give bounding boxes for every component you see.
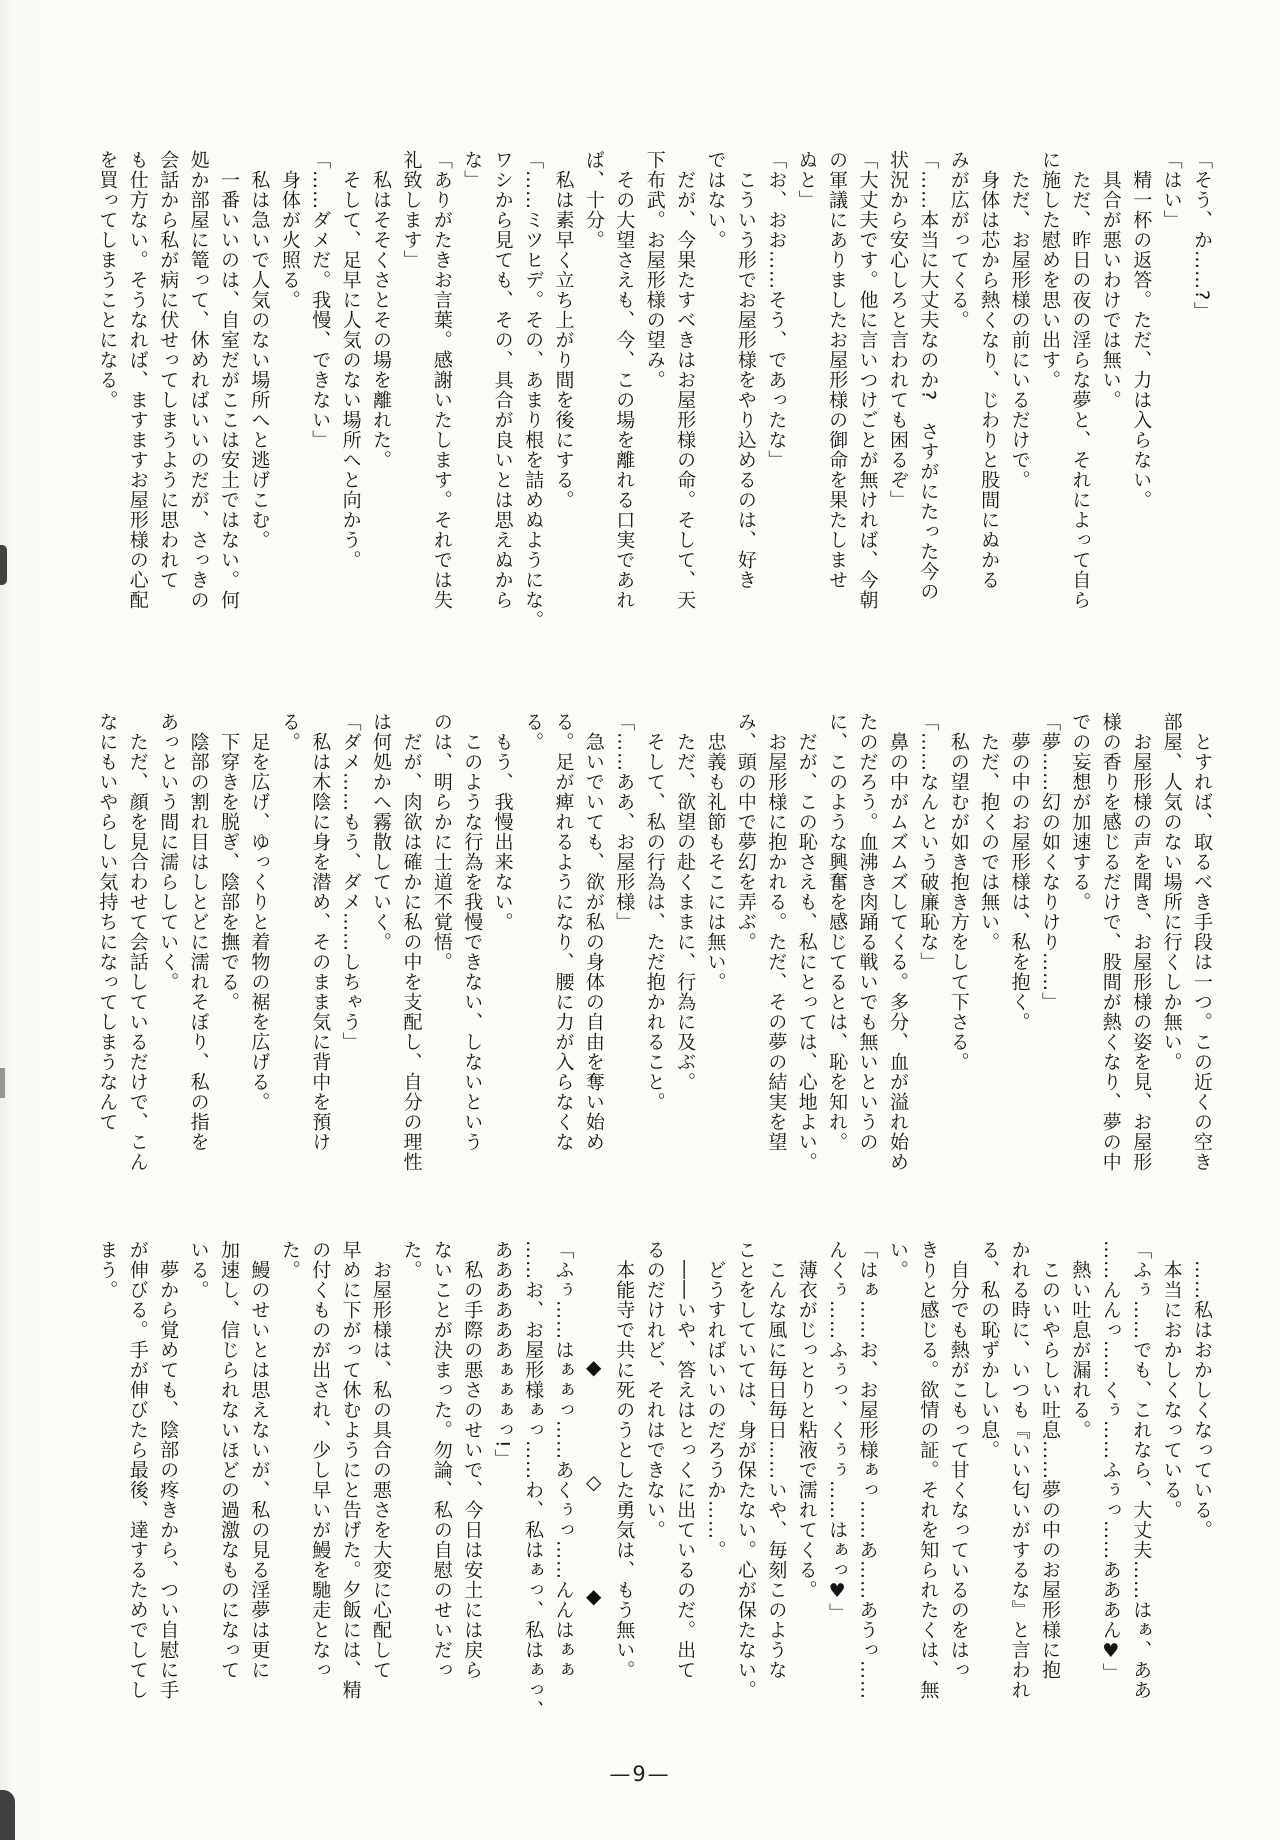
text-column: なにもいやらしい気持ちになってしまうなんて [92, 712, 122, 1190]
text-column: そして、私の行為は、ただ抱かれること。 [639, 712, 669, 1190]
text-column: ただ、欲望の赴くままに、行為に及ぶ。 [670, 712, 700, 1190]
text-column: の付くものが出され、少し早いが鰻を馳走となっ [305, 1240, 335, 1724]
text-column: た。 [396, 1240, 426, 1724]
text-column: を買ってしまうことになる。 [92, 150, 122, 670]
text-column: ワシから見ても、その、具合が良いとは思えぬから [487, 150, 517, 670]
text-column: 「ふぅ……でも、これなら、大丈夫……はぁ、ああ [1126, 1240, 1156, 1724]
text-column: る。 [518, 712, 548, 1190]
text-column: かれる時に、いつも『いい匂いがするな』と言われ [1004, 1240, 1034, 1724]
text-column: 私の望むが如き抱き方をして下さる。 [943, 712, 973, 1190]
text-column: み、頭の中で夢幻を弄ぶ。 [731, 712, 761, 1190]
scanned-novel-page: { "page_number": "—9—", "diamond_symbols… [0, 0, 1280, 1840]
text-column: 会話から私が病に伏せってしまうように思われて [153, 150, 183, 670]
text-column: 部屋、人気のない場所に行くしか無い。 [1156, 712, 1186, 1190]
text-column: 精一杯の返答。ただ、力は入らない。 [1126, 150, 1156, 670]
text-column: たのだろう。血沸き肉踊る戦いでも無いというの [852, 712, 882, 1190]
text-column: あっという間に濡らしていく。 [153, 712, 183, 1190]
text-column: 陰部の割れ目はしとどに濡れそぼり、私の指を [183, 712, 213, 1190]
text-column: な」 [457, 150, 487, 670]
text-column: だが、この恥さえも、私にとっては、心地よい。 [791, 712, 821, 1190]
text-column: も仕方ない。そうなれば、ますますお屋形様の心配 [122, 150, 152, 670]
text-column: での妄想が加速する。 [1065, 712, 1095, 1190]
text-column: だが、今果たすべきはお屋形様の命。そして、天 [670, 150, 700, 670]
text-column: る。足が痺れるようになり、腰に力が入らなくな [548, 712, 578, 1190]
text-column: 礼致します」 [396, 150, 426, 670]
diamond-icon: ◆ [586, 1352, 601, 1382]
text-column: 薄衣がじっとりと粘液で濡れてくる。 [791, 1240, 821, 1724]
scan-artifact [0, 1068, 5, 1098]
text-column: 夢から覚めても、陰部の疼きから、つい自慰に手 [153, 1240, 183, 1724]
text-column: だが、肉欲は確かに私の中を支配し、自分の理性 [396, 712, 426, 1190]
text-column: ぬと」 [791, 150, 821, 670]
text-block-middle: とすれば、取るべき手段は一つ。この近くの空き部屋、人気のない場所に行くしか無い。… [92, 712, 1217, 1190]
text-column: このような行為を我慢できない、しないという [457, 712, 487, 1190]
text-column: ……んんっ……くぅ……ふぅっ……あああん♥」 [1095, 1240, 1125, 1724]
text-column: ないことが決まった。勿論、私の自慰のせいだっ [426, 1240, 456, 1724]
text-column: 身体が火照る。 [274, 150, 304, 670]
text-column: が伸びる。手が伸びたら最後、達するためでしてし [122, 1240, 152, 1724]
text-column: 様の香りを感じるだけで、股間が熱くなり、夢の中 [1095, 712, 1125, 1190]
text-column: 「……ミツヒデ。その、あまり根を詰めぬようにな。 [518, 150, 548, 670]
text-column: ……私はおかしくなっている。 [1187, 1240, 1217, 1724]
text-column: の軍議にありましたお屋形様の御命を果たしませ [822, 150, 852, 670]
text-column: 一番いいのは、自室だがここは安土ではない。何 [214, 150, 244, 670]
text-column: このいやらしい吐息……夢の中のお屋形様に抱 [1035, 1240, 1065, 1724]
text-column: 「お、おお……そう、であったな」 [761, 150, 791, 670]
text-column: 身体は芯から熱くなり、じわりと股間にぬかる [974, 150, 1004, 670]
text-column: 私はそそくさとその場を離れた。 [366, 150, 396, 670]
text-column: 鼻の中がムズムズしてくる。多分、血が溢れ始め [883, 712, 913, 1190]
text-column: 私は急いで人気のない場所へと逃げこむ。 [244, 150, 274, 670]
text-column: もう、我慢出来ない。 [487, 712, 517, 1190]
text-column: お屋形様の声を聞き、お屋形様の姿を見、お屋形 [1126, 712, 1156, 1190]
text-column: に施した慰めを思い出す。 [1035, 150, 1065, 670]
text-column: るのだけれど、それはできない。 [639, 1240, 669, 1724]
text-column: のは、明らかに士道不覚悟。 [426, 712, 456, 1190]
text-column: 足を広げ、ゆっくりと着物の裾を広げる。 [244, 712, 274, 1190]
text-column: みが広がってくる。 [943, 150, 973, 670]
text-column: は何処かへ霧散していく。 [366, 712, 396, 1190]
text-column: 忠義も礼節もそこには無い。 [700, 712, 730, 1190]
text-column: 加速し、信じられないほどの過激なものになって [214, 1240, 244, 1724]
text-column: る。 [274, 712, 304, 1190]
text-column: お屋形様は、私の具合の悪さを大変に心配して [366, 1240, 396, 1724]
text-column: ああああああぁぁぁっ!」 [487, 1240, 517, 1724]
text-column: 「はい」 [1156, 150, 1186, 670]
text-column: 「はぁ……お、お屋形様ぁっ……あ……あうっ…… [852, 1240, 882, 1724]
text-column: 「そう、か……?」 [1187, 150, 1217, 670]
diamond-icon: ◆ [586, 1581, 601, 1611]
text-column: ただ、お屋形様の前にいるだけで。 [1004, 150, 1034, 670]
text-column: 「……なんという破廉恥な」 [913, 712, 943, 1190]
text-column: 処か部屋に篭って、休めればいいのだが、さっきの [183, 150, 213, 670]
text-column: そして、足早に人気のない場所へと向かう。 [335, 150, 365, 670]
text-column: 「……ああ、お屋形様」 [609, 712, 639, 1190]
diamond-icon: ◇ [586, 1467, 601, 1497]
text-column: んくぅ……ふぅっ、くぅぅ……はぁっ♥」 [822, 1240, 852, 1724]
text-column: る、私の恥ずかしい息。 [974, 1240, 1004, 1724]
text-column: 「ふぅ……はぁぁっ……あくぅっ……んんはぁぁ [548, 1240, 578, 1724]
text-column: 私の手際の悪さのせいで、今日は安土には戻ら [457, 1240, 487, 1724]
text-column: 夢の中のお屋形様は、私を抱く。 [1004, 712, 1034, 1190]
scan-artifact [0, 545, 7, 585]
text-column: ば、十分。 [578, 150, 608, 670]
text-column: 「ありがたきお言葉。感謝いたします。それでは失 [426, 150, 456, 670]
text-column: その大望さえも、今、この場を離れる口実であれ [609, 150, 639, 670]
text-column: いる。 [183, 1240, 213, 1724]
text-column: ただ、昨日の夜の淫らな夢と、それによって自ら [1065, 150, 1095, 670]
text-column: 下布武。お屋形様の望み。 [639, 150, 669, 670]
text-column: ではない。 [700, 150, 730, 670]
text-column: 「夢……幻の如くなりけり……」 [1035, 712, 1065, 1190]
text-column: 熱い吐息が漏れる。 [1065, 1240, 1095, 1724]
text-column: こんな風に毎日毎日……いや、毎刻このような [761, 1240, 791, 1724]
text-column: まう。 [92, 1240, 122, 1724]
text-column: 早めに下がって休むようにと告げた。夕飯には、精 [335, 1240, 365, 1724]
text-column: 本当におかしくなっている。 [1156, 1240, 1186, 1724]
text-column: 「……本当に大丈夫なのか? さすがにたった今の [913, 150, 943, 670]
text-column: とすれば、取るべき手段は一つ。この近くの空き [1187, 712, 1217, 1190]
text-column: 「大丈夫です。他に言いつけごとが無ければ、今朝 [852, 150, 882, 670]
scan-artifact [0, 1790, 15, 1840]
page-number: —9— [0, 1762, 1280, 1786]
text-column: ――いや、答えはとっくに出ているのだ。出て [670, 1240, 700, 1724]
text-column: こういう形でお屋形様をやり込めるのは、好き [731, 150, 761, 670]
text-column: お屋形様に抱かれる。ただ、その夢の結実を望 [761, 712, 791, 1190]
text-column: 私は素早く立ち上がり間を後にする。 [548, 150, 578, 670]
text-column: 「ダメ……もう、ダメ……しちゃう」 [335, 712, 365, 1190]
text-column: い。 [883, 1240, 913, 1724]
text-column: 急いでいても、欲が私の身体の自由を奪い始め [578, 712, 608, 1190]
text-column: 下穿きを脱ぎ、陰部を撫でる。 [214, 712, 244, 1190]
text-column: ……お、お屋形様ぁっ……わ、私はぁっ、私はぁっ、 [518, 1240, 548, 1724]
text-column: 状況から安心しろと言われても困るぞ」 [883, 150, 913, 670]
text-column: 本能寺で共に死のうとした勇気は、もう無い。 [609, 1240, 639, 1724]
text-column: 鰻のせいとは思えないが、私の見る淫夢は更に [244, 1240, 274, 1724]
text-column: 自分でも熱がこもって甘くなっているのをはっ [943, 1240, 973, 1724]
text-column: どうすればいいのだろうか……。 [700, 1240, 730, 1724]
text-column: 「……ダメだ。我慢、できない」 [305, 150, 335, 670]
text-block-top: 「そう、か……?」「はい」 精一杯の返答。ただ、力は入らない。 具合が悪いわけで… [92, 150, 1217, 670]
diamond-separator: ◆◇◆ [578, 1240, 608, 1724]
text-block-bottom: ……私はおかしくなっている。 本当におかしくなっている。「ふぅ……でも、これなら… [92, 1240, 1217, 1724]
text-column: ことをしていては、身が保たない。心が保たない。 [731, 1240, 761, 1724]
text-column: ただ、顔を見合わせて会話しているだけで、こん [122, 712, 152, 1190]
text-column: に、このような興奮を感じてるとは、恥を知れ。 [822, 712, 852, 1190]
text-column: 具合が悪いわけでは無い。 [1095, 150, 1125, 670]
text-column: ただ、抱くのでは無い。 [974, 712, 1004, 1190]
text-column: た。 [274, 1240, 304, 1724]
text-column: 私は木陰に身を潜め、そのまま気に背中を預け [305, 712, 335, 1190]
text-column: きりと感じる。欲情の証。それを知られたくは、無 [913, 1240, 943, 1724]
